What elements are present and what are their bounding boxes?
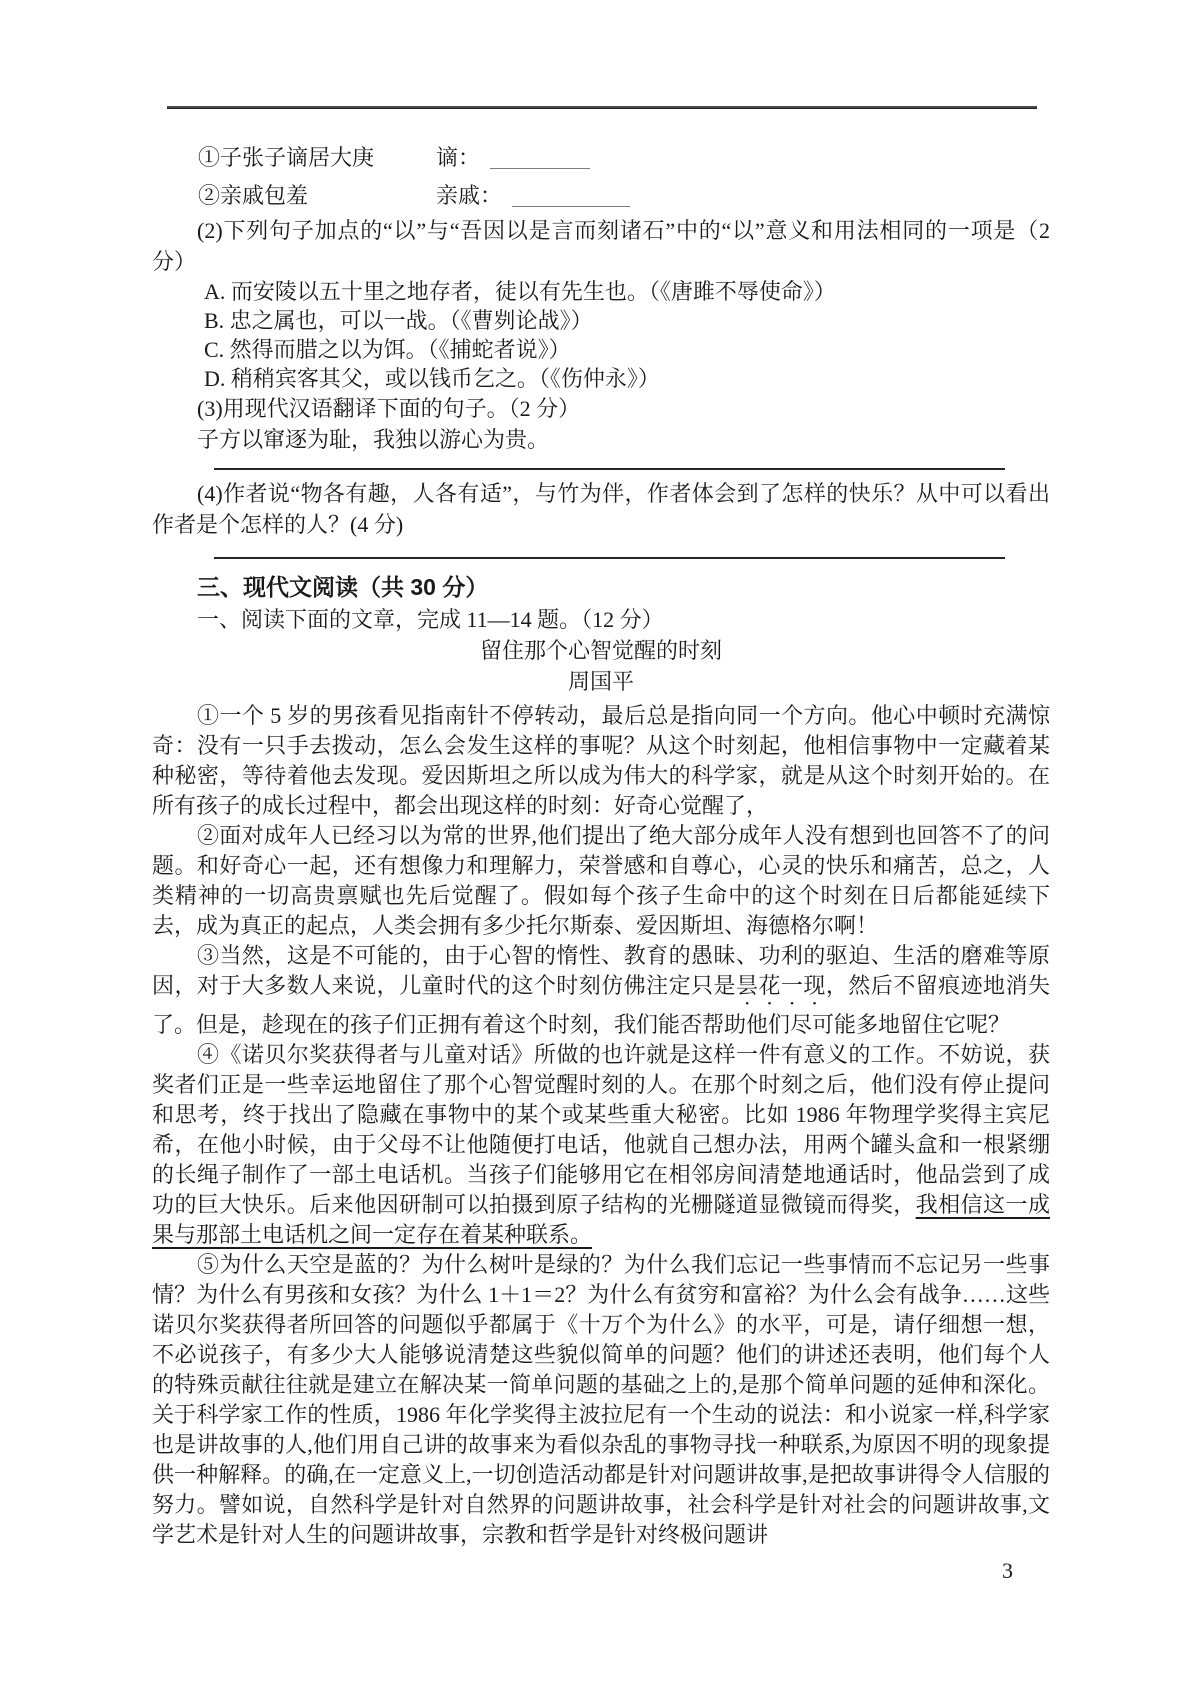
answer-line-2 xyxy=(214,557,1005,559)
question-4-stem: (4)作者说“物各有趣，人各有适”，与竹为伴，作者体会到了怎样的快乐？从中可以看… xyxy=(152,478,1050,540)
question-2-stem: (2)下列句子加点的“以”与“吾因以是言而刻诸石”中的“以”意义和用法相同的一项… xyxy=(152,215,1050,277)
term-label-1: 谪： xyxy=(436,139,480,177)
reading-instruction: 一、阅读下面的文章，完成 11—14 题。（12 分） xyxy=(152,604,1050,635)
article-paragraph-2: ②面对成年人已经习以为常的世界,他们提出了绝大部分成年人没有想到也回答不了的问题… xyxy=(152,821,1050,941)
answer-line-1 xyxy=(214,468,1005,470)
section-heading: 三、现代文阅读（共 30 分） xyxy=(152,571,1050,604)
article-paragraph-3: ③当然，这是不可能的，由于心智的惰性、教育的愚昧、功利的驱迫、生活的磨难等原因，… xyxy=(152,941,1050,1040)
article-title: 留住那个心智觉醒的时刻 xyxy=(152,635,1050,666)
word-explanation-row-1: ①子张子谪居大庚 谪： xyxy=(152,139,1050,177)
emphasis-dotted-text: 昙花一现 xyxy=(736,973,826,998)
exam-document-page: ①子张子谪居大庚 谪： ②亲戚包羞 亲戚： (2)下列句子加点的“以”与“吾因以… xyxy=(0,0,1200,1698)
answer-blank-2 xyxy=(512,206,630,207)
question-3-stem: (3)用现代汉语翻译下面的句子。（2 分） xyxy=(152,393,1050,424)
paragraph-text: ①一个 5 岁的男孩看见指南针不停转动，最后总是指向同一个方向。他心中顿时充满惊… xyxy=(152,703,1050,818)
question-2-option-b: B. 忠之属也，可以一战。（《曹刿论战》） xyxy=(152,306,1050,335)
paragraph-text: ②面对成年人已经习以为常的世界,他们提出了绝大部分成年人没有想到也回答不了的问题… xyxy=(152,823,1050,938)
article-paragraph-4: ④《诺贝尔奖获得者与儿童对话》所做的也许就是这样一件有意义的工作。不妨说，获奖者… xyxy=(152,1040,1050,1250)
word-explanation-row-2: ②亲戚包羞 亲戚： xyxy=(152,177,1050,215)
article-author: 周国平 xyxy=(152,666,1050,697)
answer-blank-1 xyxy=(490,168,590,169)
article-paragraph-5: ⑤为什么天空是蓝的？为什么树叶是绿的？为什么我们忘记一些事情而不忘记另一些事情？… xyxy=(152,1250,1050,1550)
page-content: ①子张子谪居大庚 谪： ②亲戚包羞 亲戚： (2)下列句子加点的“以”与“吾因以… xyxy=(152,139,1050,1550)
paragraph-text: ④《诺贝尔奖获得者与儿童对话》所做的也许就是这样一件有意义的工作。不妨说，获奖者… xyxy=(152,1042,1050,1217)
article-paragraph-1: ①一个 5 岁的男孩看见指南针不停转动，最后总是指向同一个方向。他心中顿时充满惊… xyxy=(152,701,1050,821)
article-body: ①一个 5 岁的男孩看见指南针不停转动，最后总是指向同一个方向。他心中顿时充满惊… xyxy=(152,701,1050,1550)
question-2-option-d: D. 稍稍宾客其父，或以钱币乞之。（《伤仲永》） xyxy=(152,364,1050,393)
term-label-2: 亲戚： xyxy=(436,177,502,215)
translation-source-sentence: 子方以窜逐为耻，我独以游心为贵。 xyxy=(152,424,1050,455)
page-header-rule xyxy=(167,106,1037,109)
paragraph-text: ⑤为什么天空是蓝的？为什么树叶是绿的？为什么我们忘记一些事情而不忘记另一些事情？… xyxy=(152,1252,1050,1547)
classical-sentence-1: ①子张子谪居大庚 xyxy=(198,139,436,177)
page-number: 3 xyxy=(1002,1558,1013,1584)
question-2-option-a: A. 而安陵以五十里之地存者，徒以有先生也。（《唐雎不辱使命》） xyxy=(152,277,1050,306)
classical-sentence-2: ②亲戚包羞 xyxy=(198,177,436,215)
question-2-option-c: C. 然得而腊之以为饵。（《捕蛇者说》） xyxy=(152,335,1050,364)
